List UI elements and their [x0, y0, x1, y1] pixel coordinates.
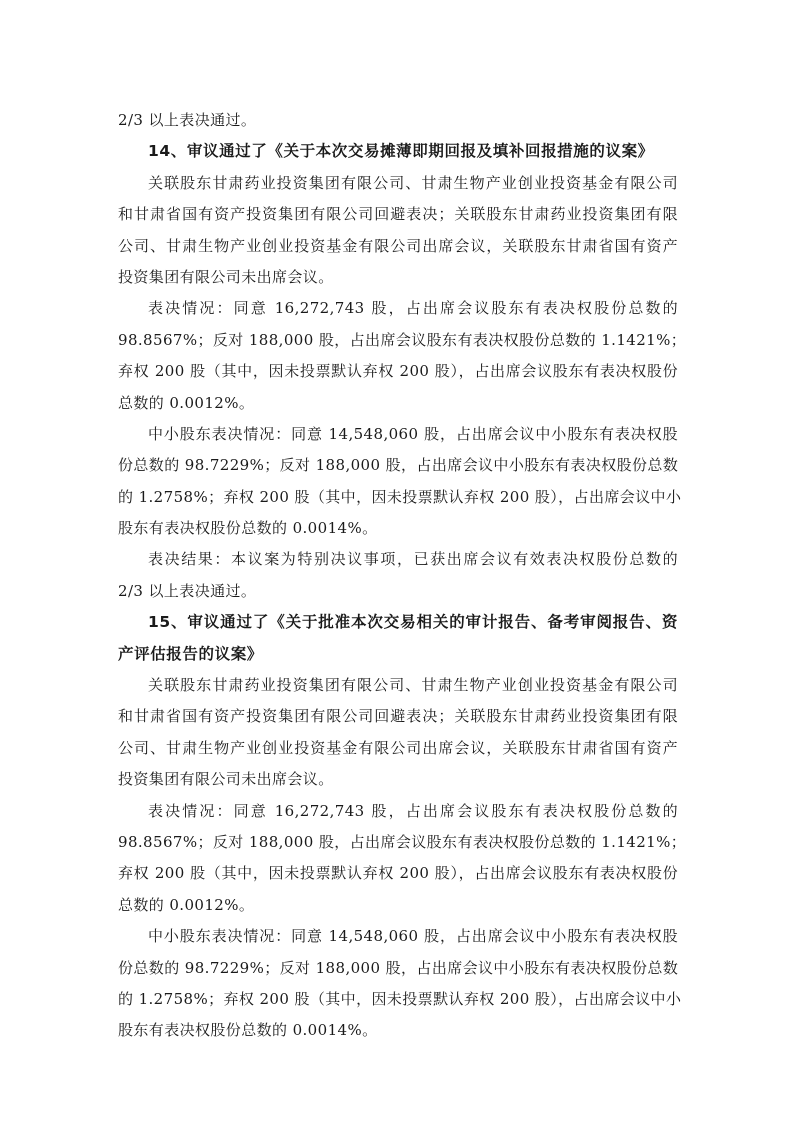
paragraph-line: 中小股东表决情况：同意 14,548,060 股，占出席会议中小股东有表决权股	[118, 419, 678, 450]
paragraph-line: 98.8567%；反对 188,000 股，占出席会议股东有表决权股份总数的 1…	[118, 325, 678, 356]
paragraph-line: 表决情况：同意 16,272,743 股，占出席会议股东有表决权股份总数的	[118, 796, 678, 827]
paragraph-line: 98.8567%；反对 188,000 股，占出席会议股东有表决权股份总数的 1…	[118, 827, 678, 858]
paragraph-line: 投资集团有限公司未出席会议。	[118, 262, 678, 293]
paragraph-line: 的 1.2758%；弃权 200 股（其中，因未投票默认弃权 200 股），占出…	[118, 984, 678, 1015]
paragraph-line: 和甘肃省国有资产投资集团有限公司回避表决；关联股东甘肃药业投资集团有限	[118, 199, 678, 230]
paragraph-line: 股东有表决权股份总数的 0.0014%。	[118, 1015, 678, 1046]
paragraph-line: 弃权 200 股（其中，因未投票默认弃权 200 股），占出席会议股东有表决权股…	[118, 858, 678, 889]
paragraph-line: 弃权 200 股（其中，因未投票默认弃权 200 股），占出席会议股东有表决权股…	[118, 356, 678, 387]
section-heading-line: 产评估报告的议案》	[118, 639, 678, 670]
section-heading-line: 14、审议通过了《关于本次交易摊薄即期回报及填补回报措施的议案》	[118, 136, 678, 167]
paragraph-line: 股东有表决权股份总数的 0.0014%。	[118, 513, 678, 544]
paragraph-line: 总数的 0.0012%。	[118, 388, 678, 419]
paragraph-line: 关联股东甘肃药业投资集团有限公司、甘肃生物产业创业投资基金有限公司	[118, 168, 678, 199]
paragraph-line: 公司、甘肃生物产业创业投资基金有限公司出席会议，关联股东甘肃省国有资产	[118, 733, 678, 764]
paragraph-line: 的 1.2758%；弃权 200 股（其中，因未投票默认弃权 200 股），占出…	[118, 482, 678, 513]
paragraph-line: 投资集团有限公司未出席会议。	[118, 764, 678, 795]
paragraph-line: 份总数的 98.7229%；反对 188,000 股，占出席会议中小股东有表决权…	[118, 450, 678, 481]
paragraph-line: 关联股东甘肃药业投资集团有限公司、甘肃生物产业创业投资基金有限公司	[118, 670, 678, 701]
document-page: 2/3 以上表决通过。14、审议通过了《关于本次交易摊薄即期回报及填补回报措施的…	[118, 105, 678, 1047]
paragraph-line: 2/3 以上表决通过。	[118, 105, 678, 136]
paragraph-line: 表决结果：本议案为特别决议事项，已获出席会议有效表决权股份总数的	[118, 544, 678, 575]
section-heading-line: 15、审议通过了《关于批准本次交易相关的审计报告、备考审阅报告、资	[118, 607, 678, 638]
paragraph-line: 份总数的 98.7229%；反对 188,000 股，占出席会议中小股东有表决权…	[118, 953, 678, 984]
paragraph-line: 和甘肃省国有资产投资集团有限公司回避表决；关联股东甘肃药业投资集团有限	[118, 701, 678, 732]
paragraph-line: 公司、甘肃生物产业创业投资基金有限公司出席会议，关联股东甘肃省国有资产	[118, 231, 678, 262]
paragraph-line: 总数的 0.0012%。	[118, 890, 678, 921]
paragraph-line: 中小股东表决情况：同意 14,548,060 股，占出席会议中小股东有表决权股	[118, 921, 678, 952]
paragraph-line: 表决情况：同意 16,272,743 股，占出席会议股东有表决权股份总数的	[118, 293, 678, 324]
paragraph-line: 2/3 以上表决通过。	[118, 576, 678, 607]
